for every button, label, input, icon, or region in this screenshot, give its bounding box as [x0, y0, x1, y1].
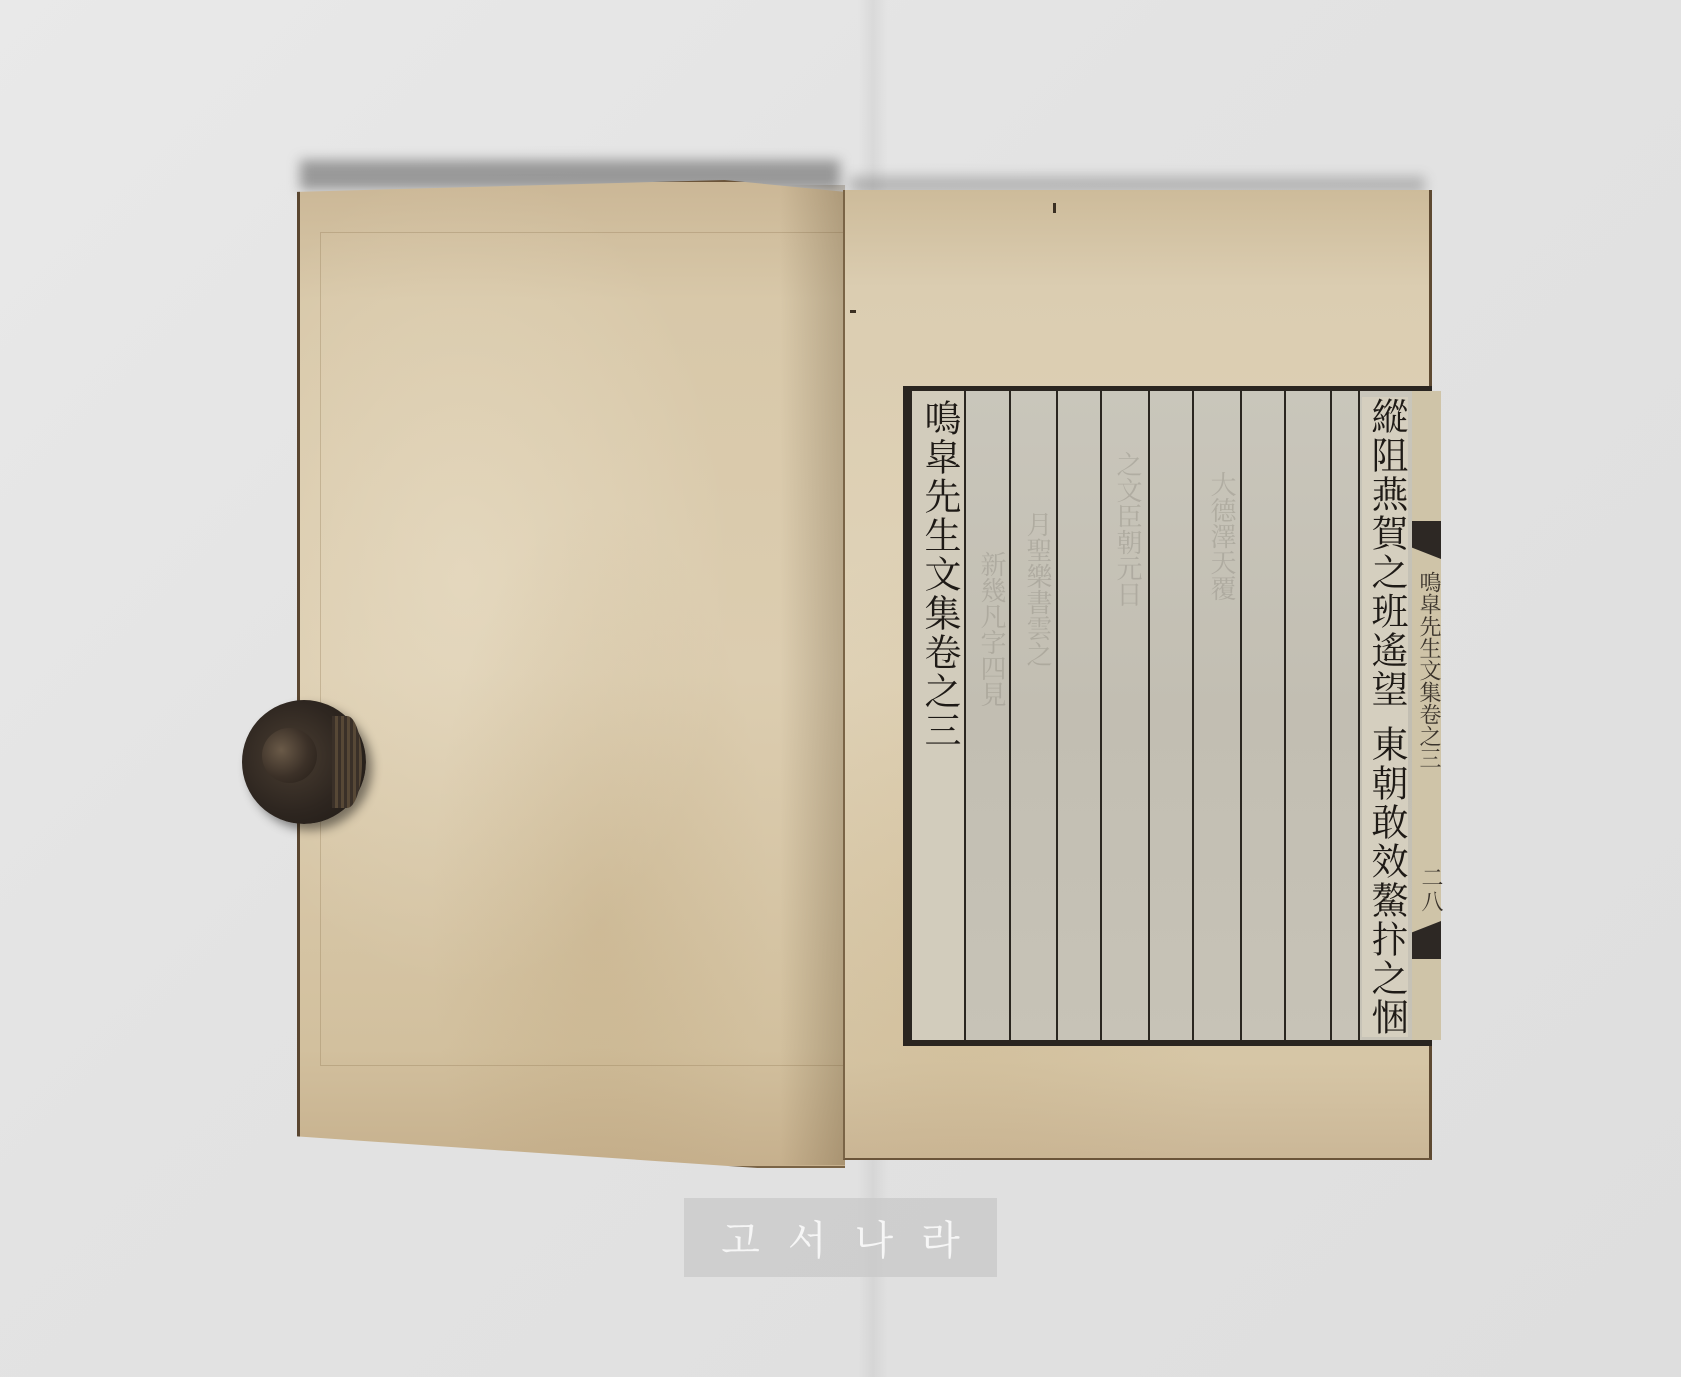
title-column: 鳴皐先生文集卷之三	[912, 391, 964, 1040]
body-text-part2: 東朝敢效鰲抃之悃	[1365, 725, 1408, 1037]
weight-ridges	[332, 716, 362, 808]
bleed-through-text: 大德澤天覆	[1202, 471, 1240, 601]
bleed-through-text: 月聖樂書雲之	[1018, 511, 1056, 667]
upper-fishtail-ornament	[1412, 521, 1441, 559]
book-weight	[242, 700, 366, 824]
column-rule	[1148, 391, 1150, 1040]
body-text-column: 縱阻燕賀之班遙望東朝敢效鰲抃之悃	[1362, 397, 1408, 1037]
left-page	[297, 180, 845, 1168]
column-rule	[1056, 391, 1058, 1040]
volume-title: 鳴皐先生文集卷之三	[917, 399, 961, 750]
center-column-title: 鳴皐先生文集卷之三	[1415, 571, 1441, 769]
column-rule	[964, 391, 966, 1040]
ink-speck	[850, 310, 856, 313]
column-rule	[1100, 391, 1102, 1040]
body-text-part1: 縱阻燕賀之班遙望	[1365, 397, 1408, 709]
weight-knob	[262, 728, 317, 783]
column-rule	[1240, 391, 1242, 1040]
watermark-text: 고서나라	[693, 1209, 988, 1266]
column-rule	[1009, 391, 1011, 1040]
column-rule	[1192, 391, 1194, 1040]
column-rule	[1330, 391, 1332, 1040]
page-number: 二八	[1415, 866, 1446, 914]
bleed-through-text: 之文臣朝元日	[1108, 451, 1146, 607]
book-spine	[780, 185, 845, 1165]
left-page-inner-border	[320, 232, 845, 1066]
watermark: 고서나라	[684, 1198, 997, 1277]
column-rule	[1284, 391, 1286, 1040]
printed-text-frame: 鳴皐先生文集卷之三 新幾凡字四見 月聖樂書雲之 之文臣朝元日 大德澤天覆 縱阻燕…	[903, 386, 1432, 1046]
center-fold-column: 鳴皐先生文集卷之三 二八	[1412, 391, 1441, 1040]
ink-speck	[1053, 203, 1056, 213]
column-rule	[1358, 391, 1360, 1040]
lower-fishtail-ornament	[1412, 921, 1441, 959]
bleed-through-text: 新幾凡字四見	[972, 551, 1010, 707]
